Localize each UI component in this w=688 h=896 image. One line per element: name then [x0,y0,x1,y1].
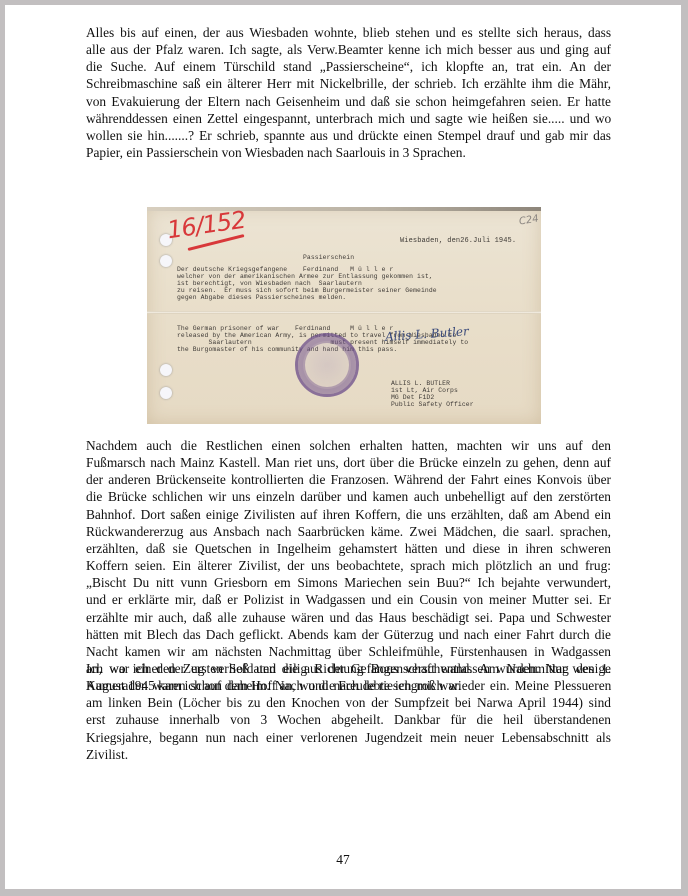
text-line: Papier, ein Passierschein von Wiesbaden … [86,144,611,161]
official-stamp [295,333,359,397]
typed-line: Public Safety Officer [391,401,474,408]
text-line: die Suche. Auf einem Türschild stand „Pa… [86,58,611,75]
text-line: erzählten, daß sie Quetschen in Ingelhei… [86,540,611,557]
document-page: Alles bis auf einen, der aus Wiesbaden w… [5,5,681,889]
text-line: der anderen Brückenseite kontrollierten … [86,471,611,488]
date-line: Wiesbaden, den26.Juli 1945. [400,238,516,245]
text-line: erst zuhause innerhalb von 3 Wochen abge… [86,711,611,728]
text-line: Schreibmaschine saß ein älterer Herr mit… [86,75,611,92]
text-line: alle aus der Pfalz waren. Ich sagte, als… [86,41,611,58]
text-line: von Evakuierung der Eltern nach Geisenhe… [86,93,611,110]
text-line: Rückwandererzug aus Ansbach nach Saarbrü… [86,523,611,540]
paper-fold [147,311,541,314]
text-line: die Brücke schlichen wir uns einzeln dar… [86,488,611,505]
text-line: Fußmarsch nach Mainz Kastell. Man riet u… [86,454,611,471]
document-heading: Passierschein [303,254,354,261]
punch-hole [160,364,172,376]
text-line: Zivilist. [86,746,611,763]
typed-line: the Burgomaster of his community and han… [177,346,397,353]
text-line: Bahnhof. Dort saßen einige Zivilisten au… [86,506,611,523]
text-line: Koffern seien. Ein älterer Zivilist, der… [86,557,611,574]
text-line: und er erklärte mir, daß er Polizist in … [86,591,611,608]
text-line: währenddessen einen Zettel eingespannt, … [86,110,611,127]
pencil-note: C24 [518,213,539,227]
text-line: Ich war einer der ersten Soldaten die au… [86,660,611,677]
passierschein-photo: 16/152 C24 Wiesbaden, den26.Juli 1945. P… [147,207,541,424]
page-number: 47 [5,852,681,868]
text-line: hätten mit Blech das Dach geflickt. Aben… [86,626,611,643]
text-line: Kriegsjahre, begann nun nach einer verlo… [86,729,611,746]
paragraph-return-civilian: Ich war einer der ersten Soldaten die au… [86,660,611,763]
text-line: „Bischt Du nitt vunn Griesborn em Simons… [86,574,611,591]
paragraph-passierschein-story: Alles bis auf einen, der aus Wiesbaden w… [86,24,611,161]
text-line: am linken Bein (Löcher bis zu den Knoche… [86,694,611,711]
typed-line: gegen Abgabe dieses Passierscheines meld… [177,294,346,301]
text-line: Nacht kamen wir am nächsten Nachmittag ü… [86,643,611,660]
punch-hole [160,255,172,267]
paragraph-journey-home: Nachdem auch die Restlichen einen solche… [86,437,611,694]
punch-hole [160,387,172,399]
text-line: wollen sie hin.......? Er schrieb, spann… [86,127,611,144]
text-line: Alles bis auf einen, der aus Wiesbaden w… [86,24,611,41]
text-line: erzählte mir auch, daß alle zuhause wäre… [86,609,611,626]
text-line: Nachdem auch die Restlichen einen solche… [86,437,611,454]
text-line: Kameraden waren schon daheim. Nach und n… [86,677,611,694]
